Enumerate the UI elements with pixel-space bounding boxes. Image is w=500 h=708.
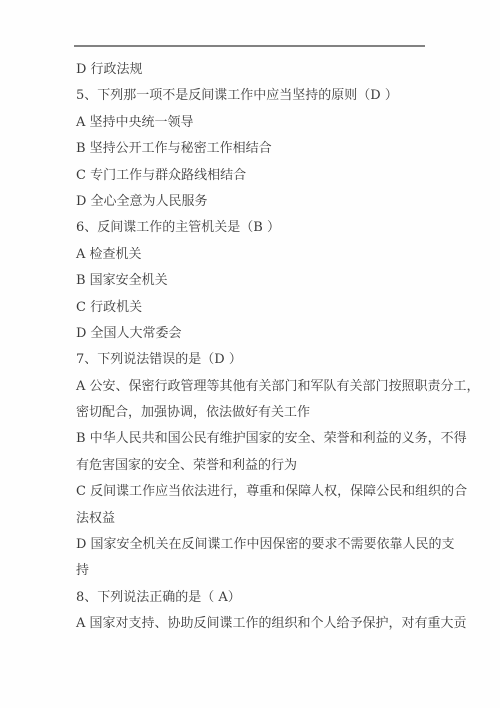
document-line: C 行政机关 (76, 295, 476, 321)
document-line: B 坚持公开工作与秘密工作相结合 (76, 136, 476, 162)
document-line: D 全国人大常委会 (76, 321, 476, 347)
document-line: C 专门工作与群众路线相结合 (76, 163, 476, 189)
document-line: A 检查机关 (76, 242, 476, 268)
document-line: 法权益 (76, 506, 476, 532)
document-line: A 国家对支持、协助反间谍工作的组织和个人给予保护，对有重大贡 (76, 611, 476, 637)
document-line: C 反间谍工作应当依法进行，尊重和保障人权，保障公民和组织的合 (76, 479, 476, 505)
document-line: 5、下列那一项不是反间谍工作中应当坚持的原则（D ） (76, 83, 476, 109)
document-line: A 公安、保密行政管理等其他有关部门和军队有关部门按照职责分工， (76, 374, 476, 400)
document-line: D 行政法规 (76, 57, 476, 83)
document-body: D 行政法规5、下列那一项不是反间谍工作中应当坚持的原则（D ）A 坚持中央统一… (76, 57, 476, 638)
document-line: 7、下列说法错误的是（D ） (76, 347, 476, 373)
document-line: 持 (76, 558, 476, 584)
document-line: 密切配合，加强协调，依法做好有关工作 (76, 400, 476, 426)
document-line: 有危害国家的安全、荣誉和利益的行为 (76, 453, 476, 479)
document-line: B 国家安全机关 (76, 268, 476, 294)
document-line: 6、反间谍工作的主管机关是（B ） (76, 215, 476, 241)
divider-line (74, 45, 425, 47)
document-line: B 中华人民共和国公民有维护国家的安全、荣誉和利益的义务，不得 (76, 426, 476, 452)
document-page: D 行政法规5、下列那一项不是反间谍工作中应当坚持的原则（D ）A 坚持中央统一… (0, 0, 500, 708)
document-line: A 坚持中央统一领导 (76, 110, 476, 136)
document-line: 8、下列说法正确的是（ A） (76, 585, 476, 611)
document-line: D 全心全意为人民服务 (76, 189, 476, 215)
document-line: D 国家安全机关在反间谍工作中因保密的要求不需要依靠人民的支 (76, 532, 476, 558)
